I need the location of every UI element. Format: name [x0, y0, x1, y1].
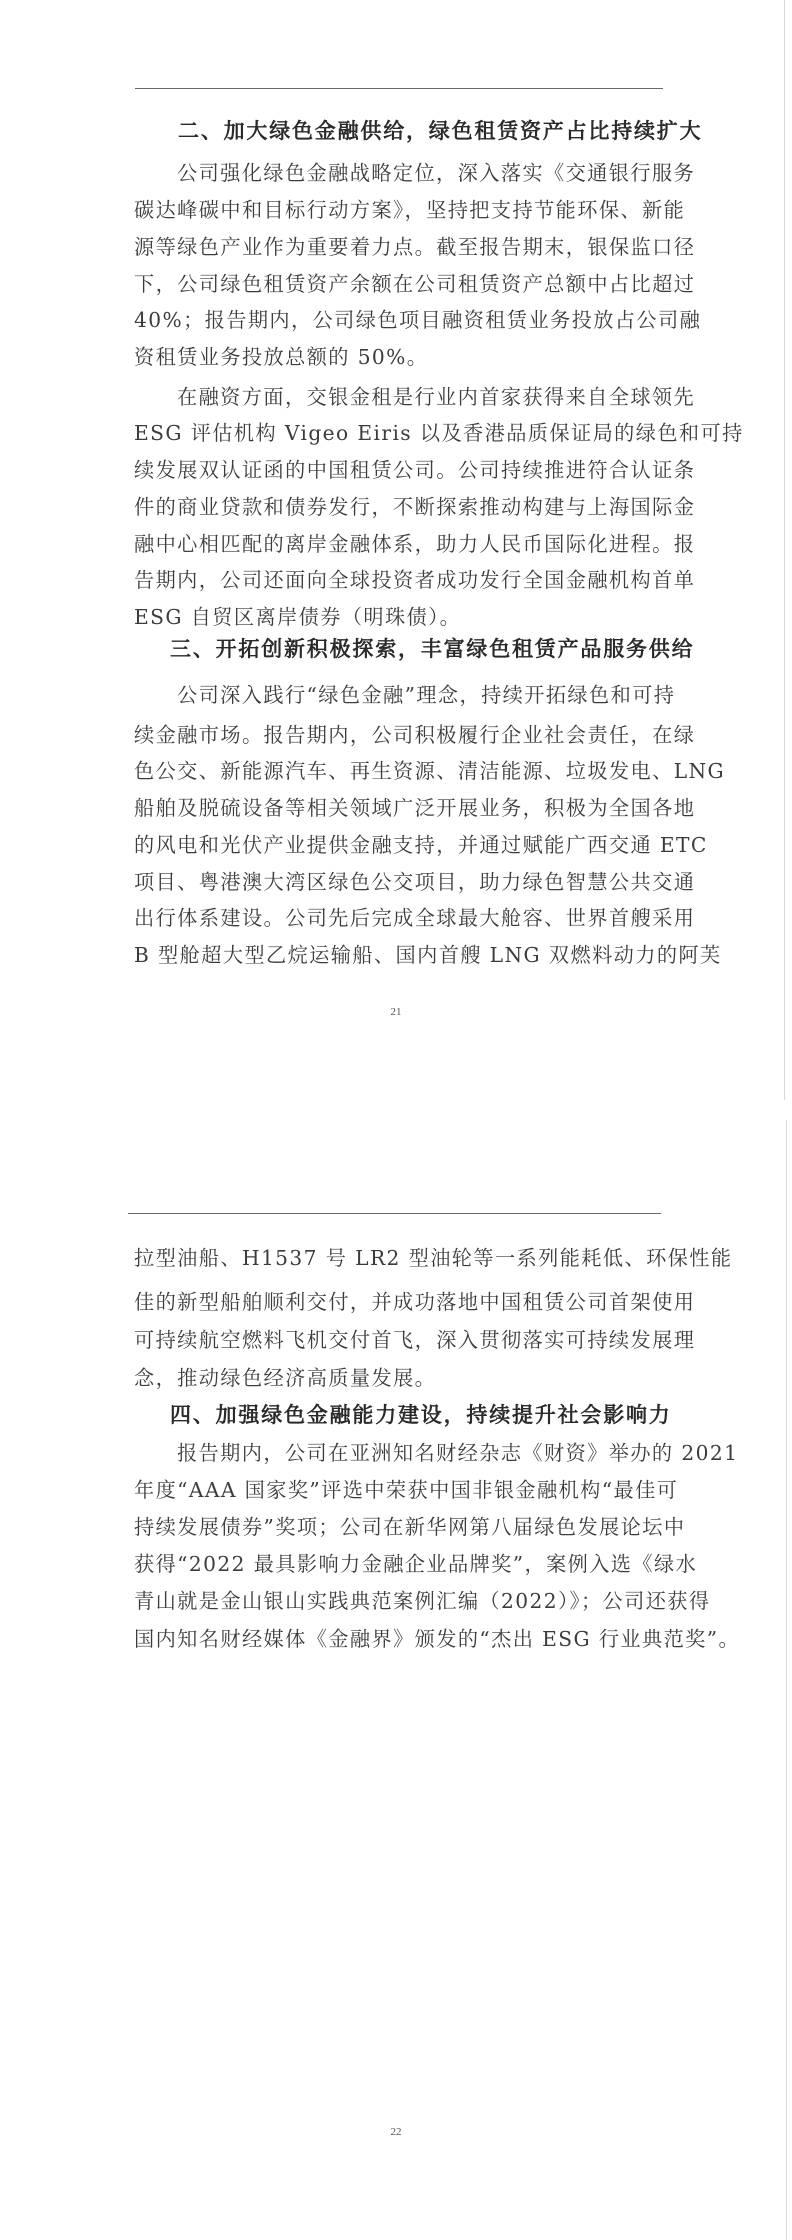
paragraph-line: 的风电和光伏产业提供金融支持，并通过赋能广西交通 ETC: [134, 830, 658, 860]
paragraph-line: 在融资方面，交银金租是行业内首家获得来自全球领先: [177, 382, 658, 412]
paragraph-line: 拉型油船、H1537 号 LR2 型油轮等一系列能耗低、环保性能: [134, 1243, 658, 1273]
paragraph-line: 公司强化绿色金融战略定位，深入落实《交通银行服务: [177, 158, 658, 188]
page-edge-line: [784, 0, 785, 1100]
paragraph-line: 续发展双认证函的中国租赁公司。公司持续推进符合认证条: [134, 455, 658, 485]
paragraph-line: 年度“AAA 国家奖”评选中荣获中国非银金融机构“最佳可: [134, 1475, 658, 1505]
paragraph-line: 持续发展债券”奖项；公司在新华网第八届绿色发展论坛中: [134, 1512, 658, 1542]
paragraph-line: 项目、粤港澳大湾区绿色公交项目，助力绿色智慧公共交通: [134, 867, 658, 897]
paragraph-line: 佳的新型船舶顺利交付，并成功落地中国租赁公司首架使用: [134, 1287, 658, 1317]
paragraph-line: 融中心相匹配的离岸金融体系，助力人民币国际化进程。报: [134, 529, 658, 559]
header-rule: [128, 1213, 661, 1214]
paragraph-line: 件的商业贷款和债券发行，不断探索推动构建与上海国际金: [134, 492, 658, 522]
paragraph-line: 国内知名财经媒体《金融界》颁发的“杰出 ESG 行业典范奖”。: [134, 1624, 658, 1654]
paragraph-line: 可持续航空燃料飞机交付首飞，深入贯彻落实可持续发展理: [134, 1325, 658, 1355]
paragraph-line: 资租赁业务投放总额的 50%。: [134, 342, 658, 372]
paragraph-line: ESG 自贸区离岸债券（明珠债）。: [134, 602, 658, 632]
paragraph-line: 青山就是金山银山实践典范案例汇编（2022）》；公司还获得: [134, 1586, 658, 1616]
paragraph-line: 续金融市场。报告期内，公司积极履行企业社会责任，在绿: [134, 720, 658, 750]
paragraph-line: 获得“2022 最具影响力金融企业品牌奖”，案例入选《绿水: [134, 1549, 658, 1579]
section-heading-4: 四、加强绿色金融能力建设，持续提升社会影响力: [170, 1400, 672, 1430]
paragraph-line: 下，公司绿色租赁资产余额在公司租赁资产总额中占比超过: [134, 269, 658, 299]
page-number: 21: [0, 1006, 792, 1018]
paragraph-line: 告期内，公司还面向全球投资者成功发行全国金融机构首单: [134, 565, 658, 595]
paragraph-line: 出行体系建设。公司先后完成全球最大舱容、世界首艘采用: [134, 903, 658, 933]
paragraph-line: 色公交、新能源汽车、再生资源、清洁能源、垃圾发电、LNG: [134, 756, 658, 786]
section-heading-3: 三、开拓创新积极探索，丰富绿色租赁产品服务供给: [170, 634, 694, 664]
section-heading-2: 二、加大绿色金融供给，绿色租赁资产占比持续扩大: [178, 116, 702, 146]
paragraph-line: ESG 评估机构 Vigeo Eiris 以及香港品质保证局的绿色和可持: [134, 418, 658, 448]
paragraph-line: B 型舱超大型乙烷运输船、国内首艘 LNG 双燃料动力的阿芙: [134, 940, 658, 970]
paragraph-line: 公司深入践行“绿色金融”理念，持续开拓绿色和可持: [177, 680, 658, 710]
paragraph-line: 船舶及脱硫设备等相关领域广泛开展业务，积极为全国各地: [134, 793, 658, 823]
paragraph-line: 源等绿色产业作为重要着力点。截至报告期末，银保监口径: [134, 232, 658, 262]
paragraph-line: 报告期内，公司在亚洲知名财经杂志《财资》举办的 2021: [177, 1438, 658, 1468]
paragraph-line: 念，推动绿色经济高质量发展。: [134, 1363, 658, 1393]
paragraph-line: 40%；报告期内，公司绿色项目融资租赁业务投放占公司融: [134, 305, 658, 335]
page-edge-line: [786, 1120, 787, 2240]
header-rule: [135, 88, 663, 89]
paragraph-line: 碳达峰碳中和目标行动方案》，坚持把支持节能环保、新能: [134, 195, 658, 225]
page-number: 22: [0, 2126, 792, 2138]
